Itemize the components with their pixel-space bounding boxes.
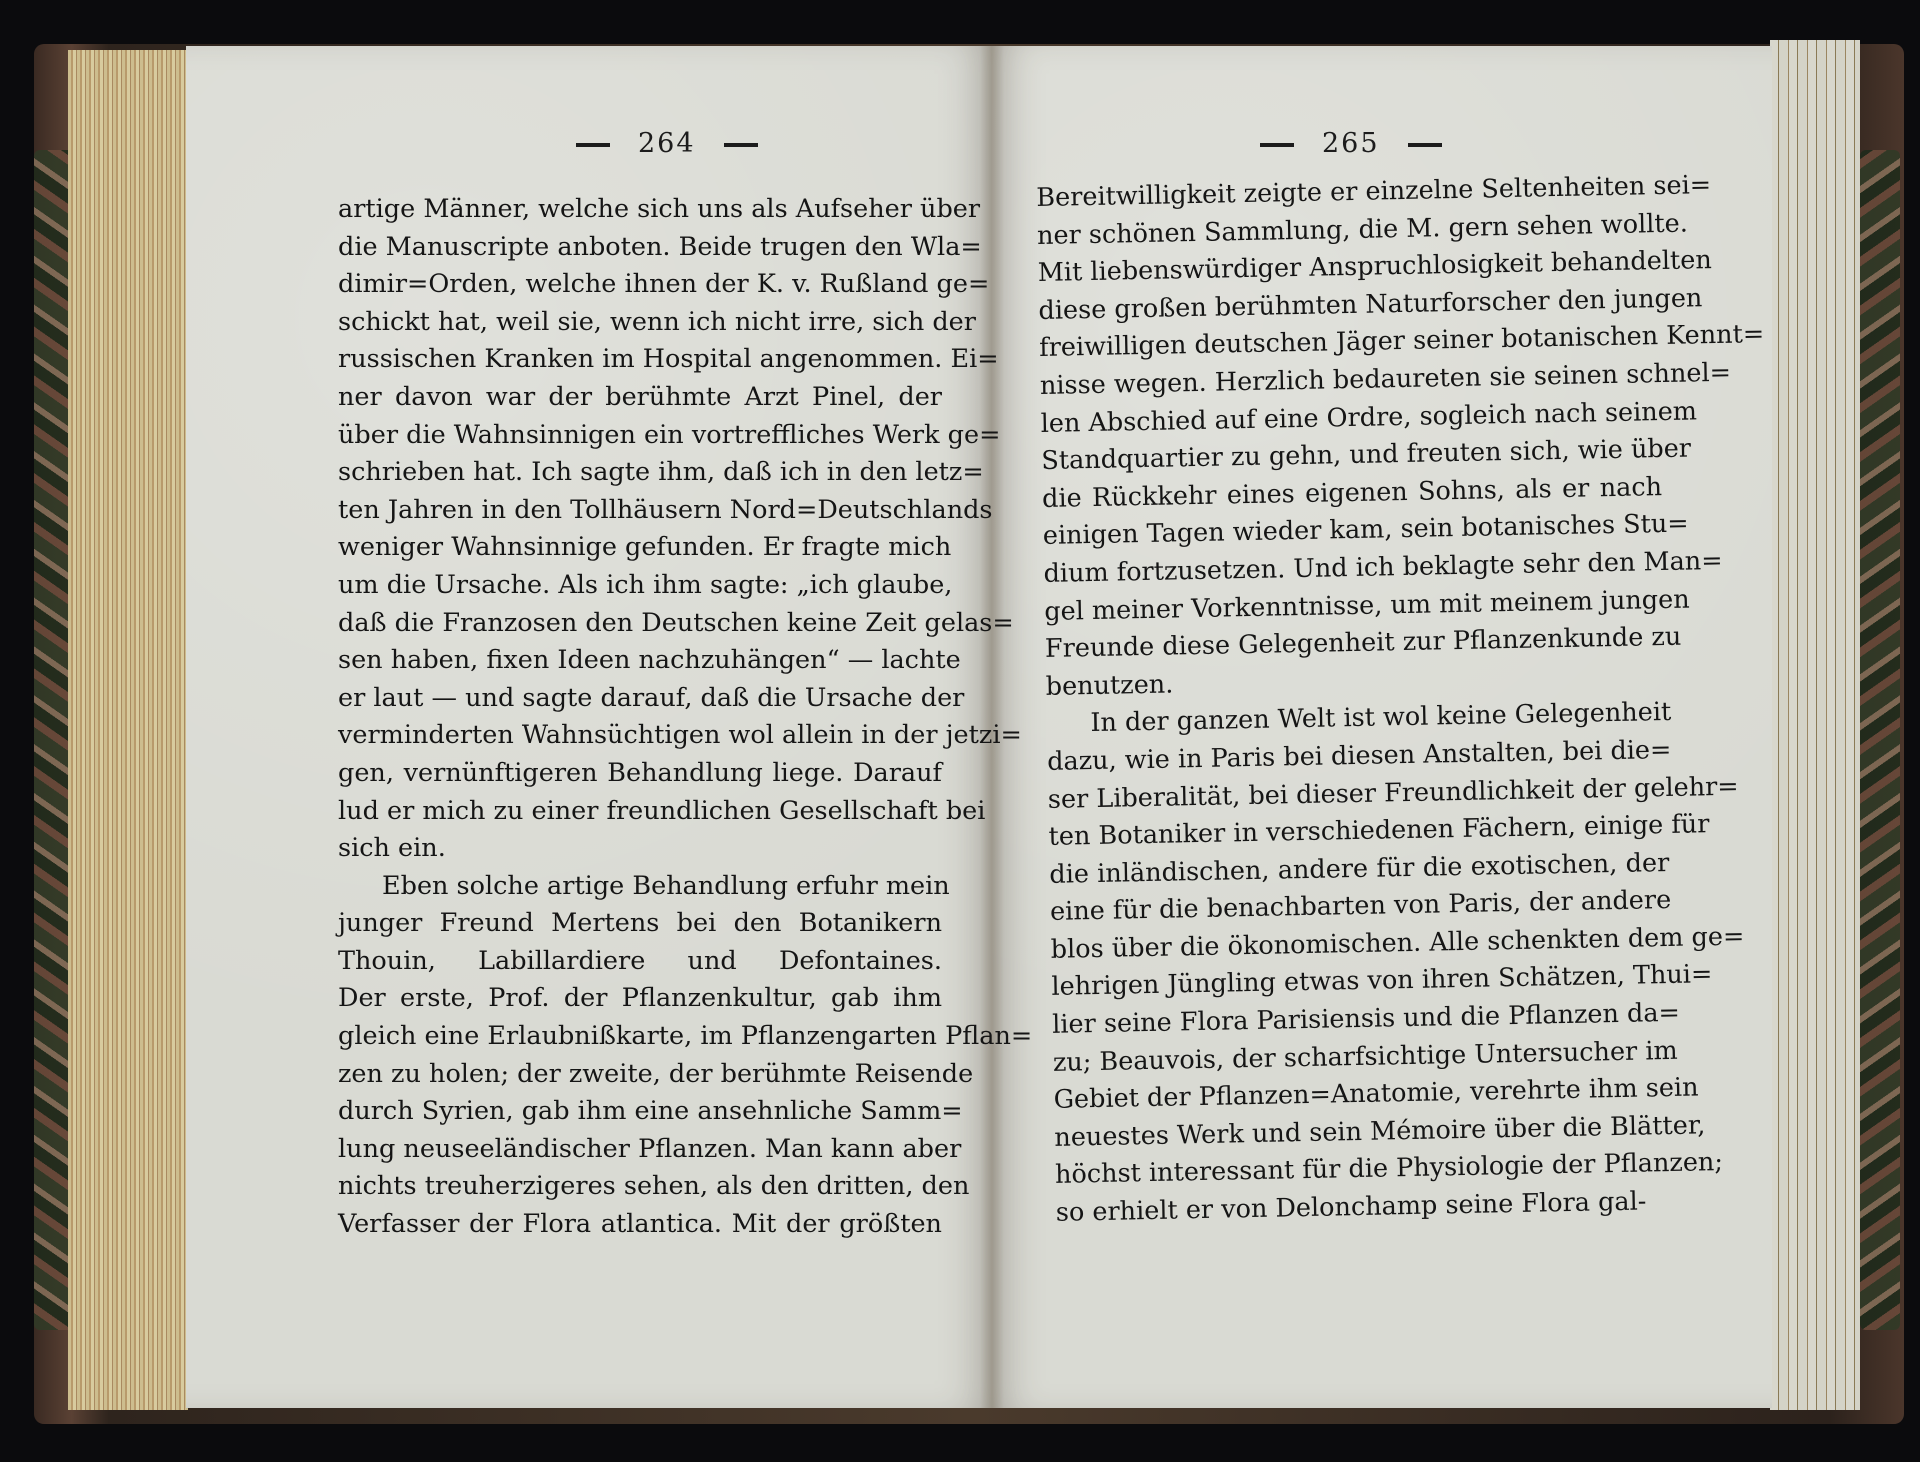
right-page-text: Bereitwilligkeit zeigte er einzelne Selt…: [1036, 168, 1676, 1232]
text-line: verminderten Wahnsüchtigen wol allein in…: [338, 717, 942, 755]
text-line: Verfasser der Flora atlantica. Mit der g…: [338, 1206, 942, 1244]
text-line: ten Jahren in den Tollhäusern Nord=Deuts…: [338, 492, 942, 530]
folio-dash: [1408, 143, 1442, 147]
text-line: sen haben, fixen Ideen nachzuhängen“ — l…: [338, 642, 942, 680]
text-line: nichts treuherzigeres sehen, als den dri…: [338, 1168, 942, 1206]
text-line: Eben solche artige Behandlung erfuhr mei…: [338, 868, 942, 906]
text-line: Der erste, Prof. der Pflanzenkultur, gab…: [338, 980, 942, 1018]
text-line: gleich eine Erlaubnißkarte, im Pflanzeng…: [338, 1018, 942, 1056]
text-line: er laut — und sagte darauf, daß die Ursa…: [338, 680, 942, 718]
text-line: artige Männer, welche sich uns als Aufse…: [338, 191, 942, 229]
folio-dash: [724, 143, 758, 147]
text-line: ner davon war der berühmte Arzt Pinel, d…: [338, 379, 942, 417]
left-page-text: artige Männer, welche sich uns als Aufse…: [338, 191, 942, 1244]
page-block-edge-left: [68, 50, 188, 1410]
text-line: schrieben hat. Ich sagte ihm, daß ich in…: [338, 454, 942, 492]
text-line: um die Ursache. Als ich ihm sagte: „ich …: [338, 567, 942, 605]
text-line: die Manuscripte anboten. Beide trugen de…: [338, 229, 942, 267]
folio-dash: [576, 143, 610, 147]
text-line: dimir=Orden, welche ihnen der K. v. Rußl…: [338, 266, 942, 304]
text-line: zen zu holen; der zweite, der berühmte R…: [338, 1056, 942, 1094]
text-line: russischen Kranken im Hospital angenomme…: [338, 341, 942, 379]
folio-dash: [1260, 143, 1294, 147]
text-line: schickt hat, weil sie, wenn ich nicht ir…: [338, 304, 942, 342]
text-line: lung neuseeländischer Pflanzen. Man kann…: [338, 1131, 942, 1169]
text-line: Thouin, Labillardiere und Defontaines.: [338, 943, 942, 981]
text-line: daß die Franzosen den Deutschen keine Ze…: [338, 605, 942, 643]
left-page-number: 264: [548, 128, 786, 159]
right-page-number: 265: [1232, 128, 1470, 159]
text-line: gen, vernünftigeren Behandlung liege. Da…: [338, 755, 942, 793]
text-line: junger Freund Mertens bei den Botanikern: [338, 905, 942, 943]
text-line: sich ein.: [338, 830, 942, 868]
text-line: weniger Wahnsinnige gefunden. Er fragte …: [338, 529, 942, 567]
text-line: über die Wahnsinnigen ein vortreffliches…: [338, 417, 942, 455]
marbled-board-right: [1860, 150, 1900, 1330]
text-line: durch Syrien, gab ihm eine ansehnliche S…: [338, 1093, 942, 1131]
page-block-edge-right: [1770, 40, 1860, 1410]
text-line: lud er mich zu einer freundlichen Gesell…: [338, 793, 942, 831]
